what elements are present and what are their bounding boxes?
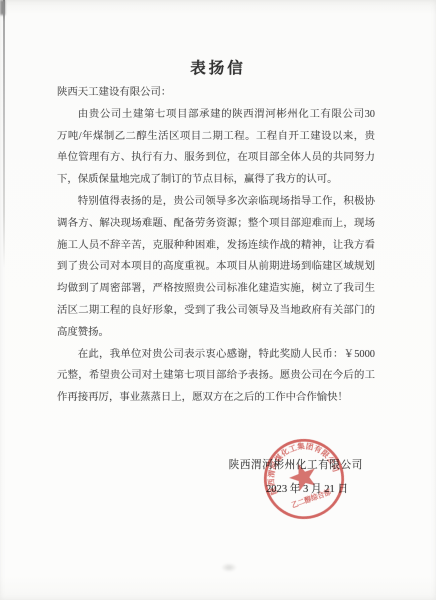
text-line: 单位管理有方、执行有力、服务到位，在项目部全体人员的共同努力 [57, 147, 375, 169]
text-line: 均做到了周密部署，严格按照贵公司标准化建造实施，树立了我司生 [57, 278, 375, 300]
text-line: 在此，我单位对贵公司表示衷心感谢，特此奖励人民币：￥5000 [57, 344, 375, 366]
company-seal: 陕西渭河煤化工集团有限公司 乙二醇综合部 [250, 425, 358, 533]
text-line: 施工人员不辞辛苦，克服种种困难，发扬连续作战的精神，让我方看 [57, 235, 375, 257]
seal-department-text: 乙二醇综合部 [290, 487, 332, 510]
text-line: 由贵公司土建第七项目部承建的陕西渭河彬州化工有限公司30 [57, 104, 375, 126]
text-line: 元整，希望贵公司对土建第七项目部给予表扬。愿贵公司在今后的工 [57, 365, 375, 387]
text-line: 特别值得表扬的是，贵公司领导多次亲临现场指导工作，积极协 [57, 191, 375, 213]
text-line: 调各方、解决现场难题、配备劳务资源；整个项目部迎难而上，现场 [57, 213, 375, 235]
text-line: 下，保质保量地完成了制订的节点目标，赢得了我方的认可。 [57, 169, 375, 191]
paragraph-reward-and-wishes: 在此，我单位对贵公司表示衷心感谢，特此奖励人民币：￥5000元整，希望贵公司对土… [57, 344, 375, 409]
scan-edge-line-artifact [3, 0, 5, 268]
text-line: 万吨/年煤制乙二醇生活区项目二期工程。工程自开工建设以来，贵 [57, 126, 375, 148]
scan-corner-artifact [0, 0, 5, 15]
text-line: 到了贵公司对本项目的高度重视。本项目从前期进场到临建区域规划 [57, 256, 375, 278]
paragraph-project-intro: 由贵公司土建第七项目部承建的陕西渭河彬州化工有限公司30万吨/年煤制乙二醇生活区… [57, 104, 375, 191]
scanned-letter-page: 表扬信 陕西天工建设有限公司： 由贵公司土建第七项目部承建的陕西渭河彬州化工有限… [0, 0, 436, 600]
text-line: 活区二期工程的良好形象，受到了我公司领导及当地政府有关部门的 [57, 300, 375, 322]
scan-smudge-artifact [221, 563, 237, 572]
star-icon [286, 459, 320, 493]
text-line: 高度赞扬。 [57, 322, 375, 344]
text-line: 作再接再厉，事业蒸蒸日上，愿双方在之后的工作中合作愉快！ [57, 387, 375, 409]
letter-title: 表扬信 [0, 56, 436, 78]
paragraph-commendation-details: 特别值得表扬的是，贵公司领导多次亲临现场指导工作，积极协调各方、解决现场难题、配… [57, 191, 375, 344]
recipient-greeting: 陕西天工建设有限公司： [57, 82, 375, 104]
letter-body: 陕西天工建设有限公司： 由贵公司土建第七项目部承建的陕西渭河彬州化工有限公司30… [57, 82, 375, 409]
